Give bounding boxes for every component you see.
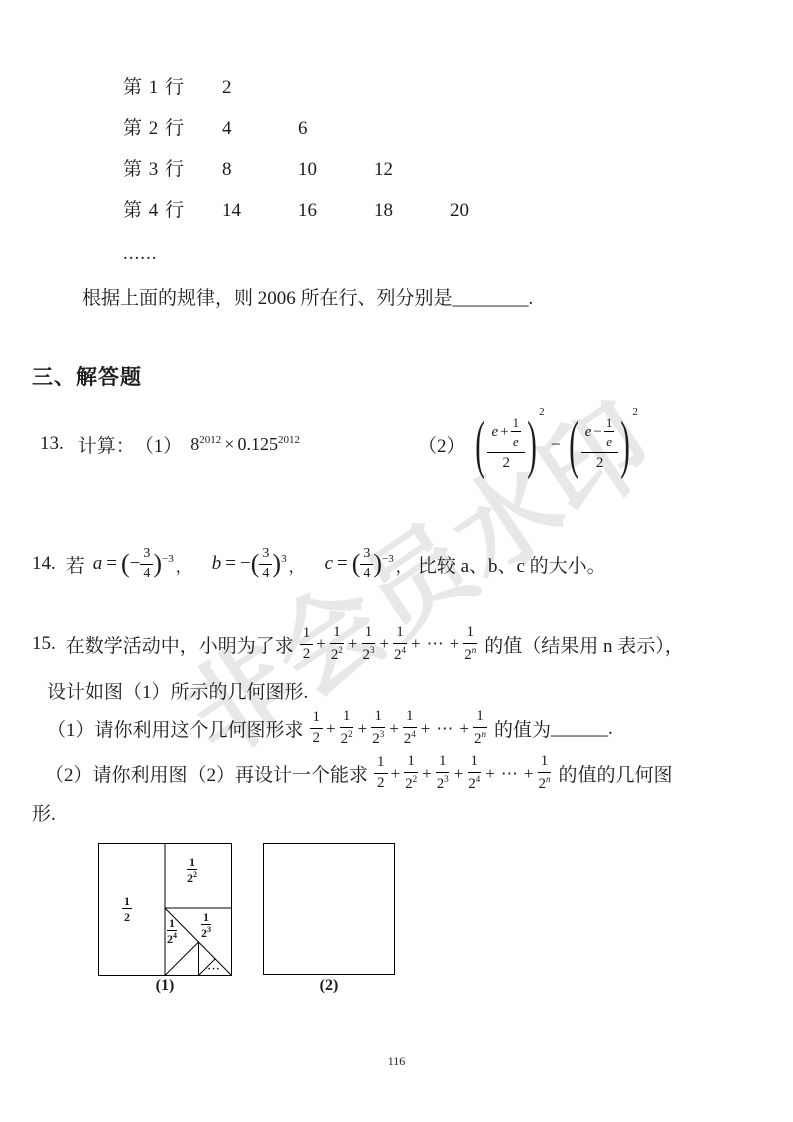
plus-operator: + [524,764,534,784]
exponent: 2 [539,406,545,418]
row-value: 6 [298,118,374,140]
left-paren: ( [476,412,486,477]
region-label-quarter: 1 22 [187,856,197,884]
fraction: 123 [435,754,451,793]
fraction: 124 [402,709,418,748]
answer-blank: ______ [551,718,608,740]
row-value: 14 [222,200,298,222]
worksheet-page: 非会员水印 第 1 行 2 第 2 行 4 6 第 3 行 8 10 12 第 … [0,0,793,1122]
figure-1: ··· 1 2 1 22 1 23 1 24 [98,843,232,976]
sub1-text-post: 的值为 [494,715,551,742]
problem-14: 14. 若 a = ( − 3 4 ) −3 ， b = − ( [32,540,606,588]
plus-operator: + [379,634,389,654]
left-paren: ( [121,551,130,577]
problem-number: 13. [40,433,64,455]
row-value: 10 [298,159,374,181]
row-label: 第 1 行 [123,77,222,99]
separator: ， [289,554,305,577]
fraction: e + 1 e 2 [487,416,525,471]
right-paren: ) [373,551,382,577]
fraction: 3 4 [259,547,272,581]
section-header: 三、解答题 [32,361,142,391]
line1-text-post: 的值（结果用 n 表示）， [484,631,684,658]
problem-number: 15. [32,633,56,655]
empty-square [263,843,395,975]
expression-2: ( e + 1 e 2 ) 2 − ( [473,404,637,484]
figure-2 [263,843,395,975]
plus-operator: + [411,634,421,654]
problem-suffix: 比较 a、b、c 的大小。 [418,551,606,578]
problem-number: 14. [32,553,56,575]
plus-operator: + [348,634,358,654]
left-paren: ( [569,412,579,477]
cdots: ⋯ [501,764,518,784]
expression-1: 82012×0.1252012 [190,434,300,455]
row-label: 第 3 行 [123,159,222,181]
plus-operator: + [358,719,368,739]
problem-15-sub1: （1）请你利用这个几何图形求 12+122+123+124+⋯+12n 的值为 … [47,706,613,751]
minus-operator: − [593,425,601,441]
row-value: 12 [374,159,450,181]
exponent: 3 [281,553,287,565]
minus-sign: − [130,553,141,575]
problem-15-line1: 15. 在数学活动中，小明为了求 12+122+123+124+⋯+12n 的值… [32,621,684,667]
sum-expression: 12+122+123+124+⋯+12n [310,709,488,748]
fraction: 123 [360,625,376,664]
problem-13: 13. 计算： （1） 82012×0.1252012 （2） ( e + 1 … [40,404,638,484]
fraction: 12 [374,755,388,792]
problem-15-sub2: （2）请你利用图（2）再设计一个能求 12+122+123+124+⋯+12n … [45,751,673,796]
separator: ， [396,554,412,577]
region-label-half: 1 2 [122,895,132,923]
fraction: 12 [310,710,324,747]
sub2-text-post: 的值的几何图 [558,760,672,787]
row-value: 2 [222,77,298,99]
line1-text: 在数学活动中，小明为了求 [66,631,294,658]
fraction: 12n [472,709,488,748]
definition-a: a = ( − 3 4 ) −3 ， [93,547,192,581]
part-2-label: （2） [418,431,466,458]
fraction: 123 [370,709,386,748]
number-triangle: 第 1 行 2 第 2 行 4 6 第 3 行 8 10 12 第 4 行 14… [123,77,526,282]
fraction: 1 e [604,416,615,448]
minus-operator: − [551,434,561,455]
row-label: 第 4 行 [123,200,222,222]
fraction: 124 [392,625,408,664]
right-paren: ) [272,551,281,577]
fraction: 3 4 [140,547,153,581]
problem-15-tail: 形. [32,799,56,826]
fraction: 122 [403,754,419,793]
plus-operator: + [422,764,432,784]
exponent: −3 [162,553,174,565]
row-label: 第 2 行 [123,118,222,140]
plus-operator: + [391,764,401,784]
period: . [608,718,613,740]
plus-operator: + [454,764,464,784]
sum-expression: 12+122+123+124+⋯+12n [374,754,552,793]
table-row: 第 2 行 4 6 [123,118,526,159]
definition-c: c = ( 3 4 ) −3 ， [325,547,412,581]
rule-question: 根据上面的规律，则 2006 所在行、列分别是________. [82,283,533,310]
fraction: 12n [462,625,478,664]
fraction: 122 [329,625,345,664]
row-value: 16 [298,200,374,222]
page-number: 116 [0,1054,793,1069]
fraction: 122 [339,709,355,748]
part-1-label: （1） [135,431,183,458]
table-row: 第 1 行 2 [123,77,526,118]
right-paren: ) [527,412,537,477]
separator: ， [176,554,192,577]
region-label-eighth: 1 23 [201,911,211,939]
problem-15-line2: 设计如图（1）所示的几何图形. [47,677,308,704]
fraction: 124 [466,754,482,793]
row-value: 4 [222,118,298,140]
plus-operator: + [459,719,469,739]
plus-operator: + [485,764,495,784]
plus-operator: + [326,719,336,739]
plus-operator: + [500,425,508,441]
sub2-text: （2）请你利用图（2）再设计一个能求 [45,760,368,787]
cdots: ⋯ [427,634,444,654]
left-paren: ( [352,551,361,577]
row-value: 18 [374,200,450,222]
times-operator: × [224,434,234,454]
cdots: ⋯ [436,719,453,739]
fraction: 12 [300,626,314,663]
ellipsis-dots: ··· [207,964,220,975]
problem-label: 计算： [78,431,135,458]
plus-operator: + [421,719,431,739]
plus-operator: + [316,634,326,654]
rule-question-text: 根据上面的规律，则 2006 所在行、列分别是 [82,288,453,309]
plus-operator: + [450,634,460,654]
fraction: e − 1 e 2 [581,416,619,471]
problem-prefix: 若 [66,551,85,578]
minus-sign: − [240,553,251,575]
row-value: 8 [222,159,298,181]
exponent: 2 [632,406,638,418]
fraction: 1 e [511,416,522,448]
table-row: 第 3 行 8 10 12 [123,159,526,200]
region-label-sixteenth: 1 24 [167,917,177,945]
sub1-text: （1）请你利用这个几何图形求 [47,715,304,742]
figure-1-drawing: ··· [98,843,232,976]
exponent: −3 [382,553,394,565]
right-paren: ) [153,551,162,577]
sum-expression: 12+122+123+124+⋯+12n [300,625,478,664]
ellipsis-row: ...... [123,241,526,282]
definition-b: b = − ( 3 4 ) 3 ， [212,547,305,581]
figure-2-caption: (2) [263,977,395,995]
right-paren: ) [621,412,631,477]
table-row: 第 4 行 14 16 18 20 [123,200,526,241]
period: . [529,288,534,309]
fraction: 3 4 [360,547,373,581]
fraction: 12n [536,754,552,793]
row-value: 20 [450,200,526,222]
figure-1-caption: (1) [98,977,232,995]
left-paren: ( [251,551,260,577]
answer-blank: ________ [453,288,529,309]
plus-operator: + [389,719,399,739]
